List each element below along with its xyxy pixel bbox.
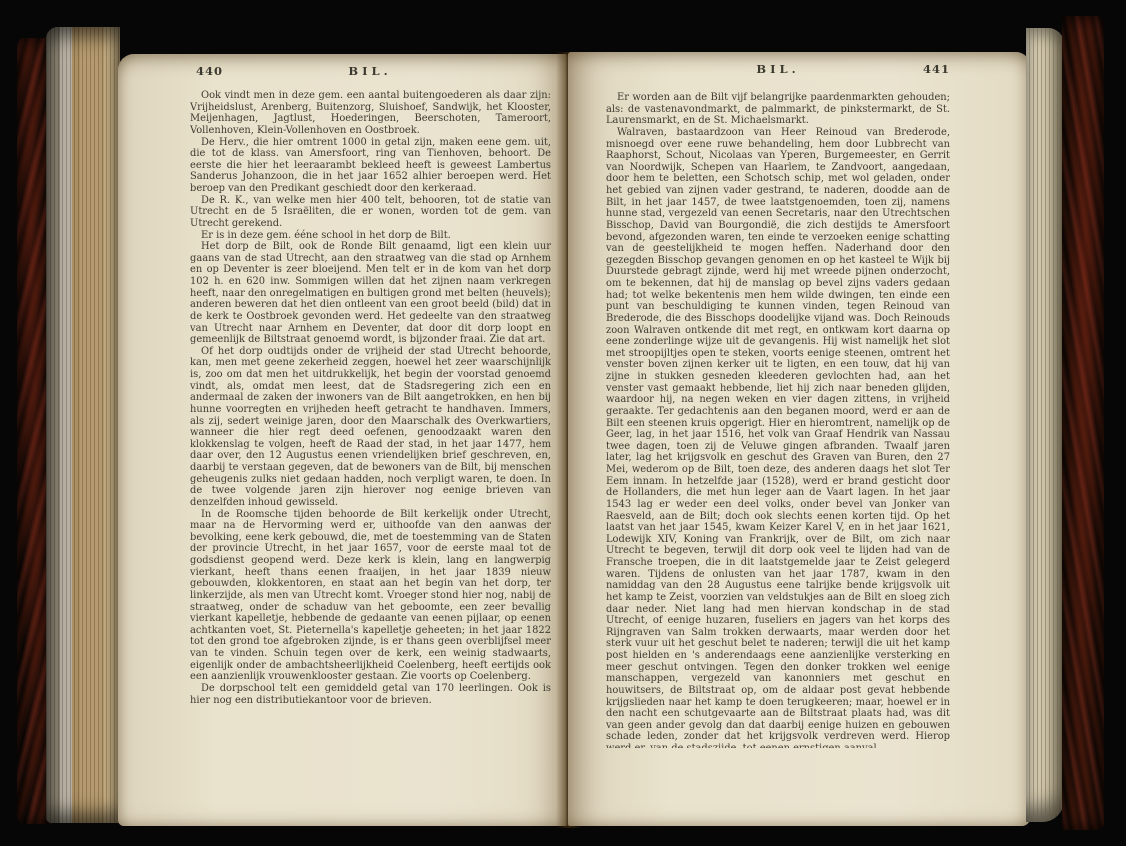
right-page-header: BIL. 441: [606, 62, 950, 78]
paragraph: Het dorp de Bilt, ook de Ronde Bilt gena…: [190, 241, 551, 346]
paragraph: De Herv., die hier omtrent 1000 in getal…: [190, 137, 551, 195]
paragraph: In de Roomsche tijden behoorde de Bilt k…: [190, 509, 551, 683]
paragraph: Er is in deze gem. ééne school in het do…: [190, 230, 551, 242]
paragraph: Er worden aan de Bilt vijf belangrijke p…: [606, 92, 950, 127]
running-head-right: BIL.: [606, 62, 950, 76]
book-cover-right: [1062, 16, 1104, 830]
running-head-left: BIL.: [190, 64, 550, 78]
page-number-right: 441: [923, 62, 950, 76]
paragraph: Of het dorp oudtijds onder de vrijheid d…: [190, 346, 551, 509]
left-page-text: Ook vindt men in deze gem. een aantal bu…: [190, 90, 551, 750]
page-edges-right: [1026, 28, 1064, 822]
paragraph: Walraven, bastaardzoon van Heer Reinoud …: [606, 127, 950, 748]
book-scan: 440 BIL. Ook vindt men in deze gem. een …: [0, 0, 1126, 846]
right-page: BIL. 441 Er worden aan de Bilt vijf bela…: [568, 52, 1030, 826]
page-edges-left: [46, 27, 120, 823]
left-page: 440 BIL. Ook vindt men in deze gem. een …: [118, 54, 568, 826]
left-page-header: 440 BIL.: [190, 64, 550, 80]
paragraph: De R. K., van welke men hier 400 telt, b…: [190, 195, 551, 230]
right-page-text: Er worden aan de Bilt vijf belangrijke p…: [606, 92, 950, 748]
paragraph: De dorpschool telt een gemiddeld getal v…: [190, 683, 551, 706]
paragraph: Ook vindt men in deze gem. een aantal bu…: [190, 90, 551, 137]
